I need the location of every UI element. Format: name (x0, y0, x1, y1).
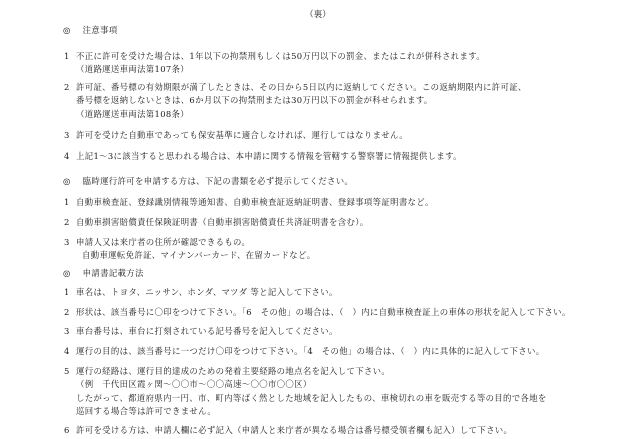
item-text: 自動車運転免許証、マイナンバーカード、在留カードなど。 (82, 250, 315, 261)
item-text: 許可を受けた自動車であっても保安基準に適合しなければ、運行してはなりません。 (76, 130, 408, 141)
item-text: 不正に許可を受けた場合は、1年以下の拘禁刑もしくは50万円以下の罰金、またはこれ… (76, 51, 485, 62)
item-text: （例 千代田区霞ヶ関～〇〇市～〇〇高速～〇〇市〇〇区） (76, 379, 312, 390)
item-text: （道路運送車両法第108条） (76, 109, 189, 120)
section-heading: ◎申請書記載方法 (63, 268, 144, 279)
item-number: 3 (64, 130, 69, 141)
double-circle-marker: ◎ (63, 176, 71, 186)
item-text: 運行の目的は、該当番号に一つだけ〇印をつけて下さい。「4 その他」の場合は、（ … (76, 346, 544, 357)
item-text: （道路運送車両法第107条） (76, 64, 189, 75)
item-number: 4 (64, 151, 69, 162)
item-number: 2 (64, 217, 69, 228)
item-number: 4 (64, 346, 69, 357)
section-heading: ◎臨時運行許可を申請する方は、下記の書類を必ず提示してください。 (63, 176, 353, 187)
section-title: 臨時運行許可を申請する方は、下記の書類を必ず提示してください。 (83, 176, 353, 186)
item-number: 1 (64, 197, 69, 208)
item-text: 自動車検査証、登録識別情報等通知書、自動車検査証返納証明書、登録事項等証明書など… (76, 197, 434, 208)
section-title: 注意事項 (83, 25, 118, 35)
item-number: 1 (64, 287, 69, 298)
item-number: 1 (64, 51, 69, 62)
item-text: 車名は、トヨタ、ニッサン、ホンダ、マツダ 等と記入して下さい。 (76, 287, 338, 298)
page-label: （裏） (305, 10, 331, 21)
item-text: 許可証、番号標の有効期限が満了したときは、その日から5日以内に返納してください。… (76, 82, 527, 93)
section-heading: ◎注意事項 (63, 25, 118, 36)
item-number: 6 (64, 425, 69, 436)
section-title: 申請書記載方法 (83, 268, 144, 278)
item-text: 許可を受ける方は、申請人欄に必ず記入（申請人と来庁者が異なる場合は番号標受領者欄… (76, 425, 512, 436)
item-text: 巡回する場合等は許可できません。 (76, 406, 216, 417)
item-text: 形状は、該当番号に〇印をつけて下さい。「6 その他」の場合は、（ ）内に自動車検… (76, 307, 571, 318)
double-circle-marker: ◎ (63, 25, 71, 35)
item-number: 5 (64, 366, 69, 377)
item-text: 番号標を返納しないときは、6か月以下の拘禁刑または30万円以下の罰金が科せられま… (76, 95, 433, 106)
item-number: 2 (64, 307, 69, 318)
item-number: 2 (64, 82, 69, 93)
item-text: したがって、都道府県内一円、市、町内等ばく然とした地域を記入したもの、車検切れの… (76, 393, 547, 404)
item-number: 3 (64, 237, 69, 248)
item-text: 運行の経路は、運行目的達成のための発着主要経路の地点名を記入して下さい。 (76, 366, 390, 377)
item-text: 自動車損害賠償責任保険証明書（自動車損害賠償責任共済証明書を含む）。 (76, 217, 368, 228)
item-text: 車台番号は、車台に打刻されている記号番号を記入してください。 (76, 326, 338, 337)
item-text: 申請人又は来庁者の住所が確認できるもの。 (76, 237, 250, 248)
item-number: 3 (64, 326, 69, 337)
item-text: 上記1～3に該当すると思われる場合は、本申請に関する情報を管轄する警察署に情報提… (76, 151, 462, 162)
double-circle-marker: ◎ (63, 268, 71, 278)
